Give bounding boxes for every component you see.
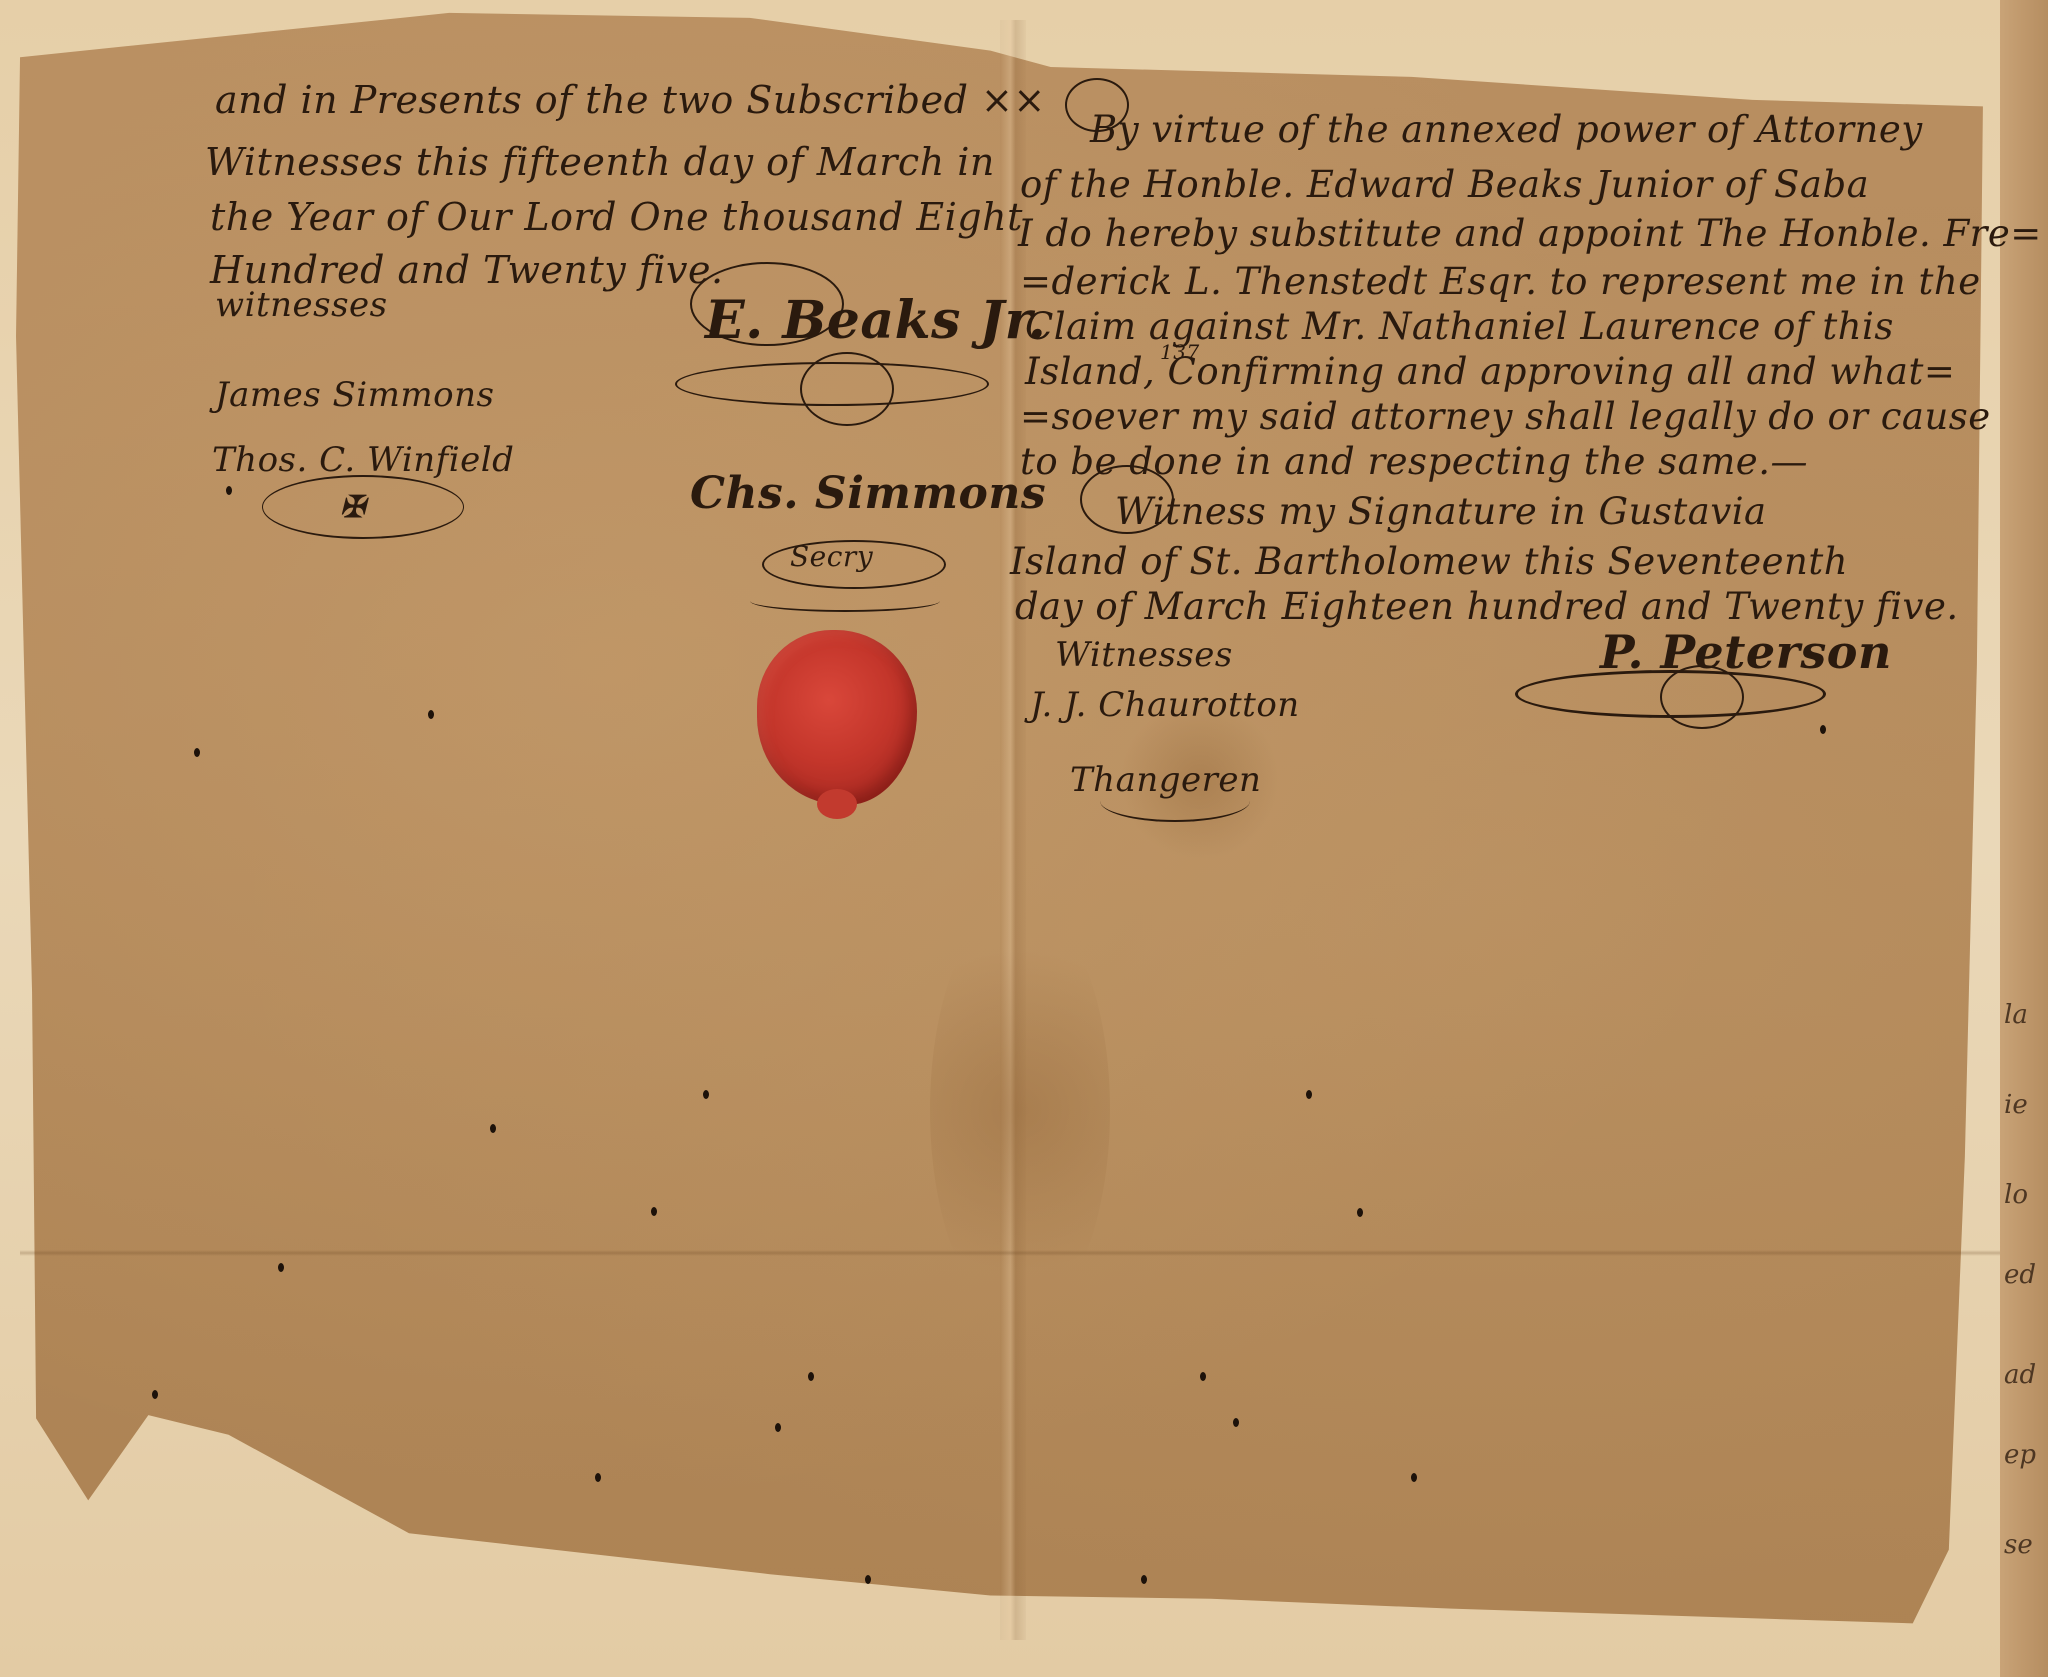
puncture-hole [775,1423,781,1432]
puncture-hole [1306,1090,1312,1099]
signature-underline-loop [1660,665,1744,729]
signature-underline [750,590,940,612]
principal-signature: E. Beaks Jr. [705,290,1046,351]
puncture-hole [1820,725,1826,734]
puncture-hole [595,1473,601,1482]
right-text-line: =soever my said attorney shall legally d… [1020,395,1991,438]
puncture-hole [490,1124,496,1133]
puncture-hole [808,1372,814,1381]
puncture-hole [1411,1473,1417,1482]
puncture-hole [278,1263,284,1272]
right-text-line: By virtue of the annexed power of Attorn… [1090,108,1923,151]
secretary-signature: Chs. Simmons [690,468,1046,519]
right-text-line: Island, Confirming and approving all and… [1025,350,1955,393]
signature-underline [1100,780,1250,822]
secretary-title: Secry [790,540,873,573]
puncture-hole [703,1090,709,1099]
witnesses-label: witnesses [215,285,388,325]
right-text-line: day of March Eighteen hundred and Twenty… [1015,585,1959,628]
adjacent-page-fragment: ep [2004,1440,2036,1470]
witnesses-label: Witnesses [1055,635,1233,675]
right-text-line: of the Honble. Edward Beaks Junior of Sa… [1020,163,1869,206]
adjacent-page-fragment: la [2004,1000,2028,1030]
puncture-hole [651,1207,657,1216]
witness-signature: Thos. C. Winfield [212,440,514,480]
adjacent-page-fragment: ie [2004,1090,2028,1120]
witness-signature: J. J. Chaurotton [1030,685,1300,725]
puncture-hole [226,486,232,495]
right-text-line: Claim against Mr. Nathaniel Laurence of … [1025,305,1894,348]
puncture-hole [194,748,200,757]
adjacent-page-fragment: ed [2004,1260,2036,1290]
adjacent-page-fragment: ad [2004,1360,2036,1390]
puncture-hole [152,1390,158,1399]
wax-seal [757,630,917,805]
adjacent-page-fragment: lo [2004,1180,2028,1210]
left-text-line: Witnesses this fifteenth day of March in [205,140,995,184]
witness-mark: ✠ [340,490,366,525]
right-text-line: Island of St. Bartholomew this Seventeen… [1010,540,1848,583]
adjacent-page-fragment: se [2004,1530,2033,1560]
left-text-line: and in Presents of the two Subscribed ×× [215,78,1046,122]
left-text-line: the Year of Our Lord One thousand Eight [210,195,1023,239]
fold-stain [930,900,1110,1320]
witness-signature: James Simmons [215,375,494,415]
signature-underline-loop [800,352,894,426]
puncture-hole [865,1575,871,1584]
puncture-hole [1233,1418,1239,1427]
right-text-line: =derick L. Thenstedt Esqr. to represent … [1020,260,1981,303]
puncture-hole [1200,1372,1206,1381]
puncture-hole [1141,1575,1147,1584]
puncture-hole [1357,1208,1363,1217]
puncture-hole [428,710,434,719]
right-text-line: I do hereby substitute and appoint The H… [1018,212,2042,255]
right-text-line: Witness my Signature in Gustavia [1115,490,1767,533]
